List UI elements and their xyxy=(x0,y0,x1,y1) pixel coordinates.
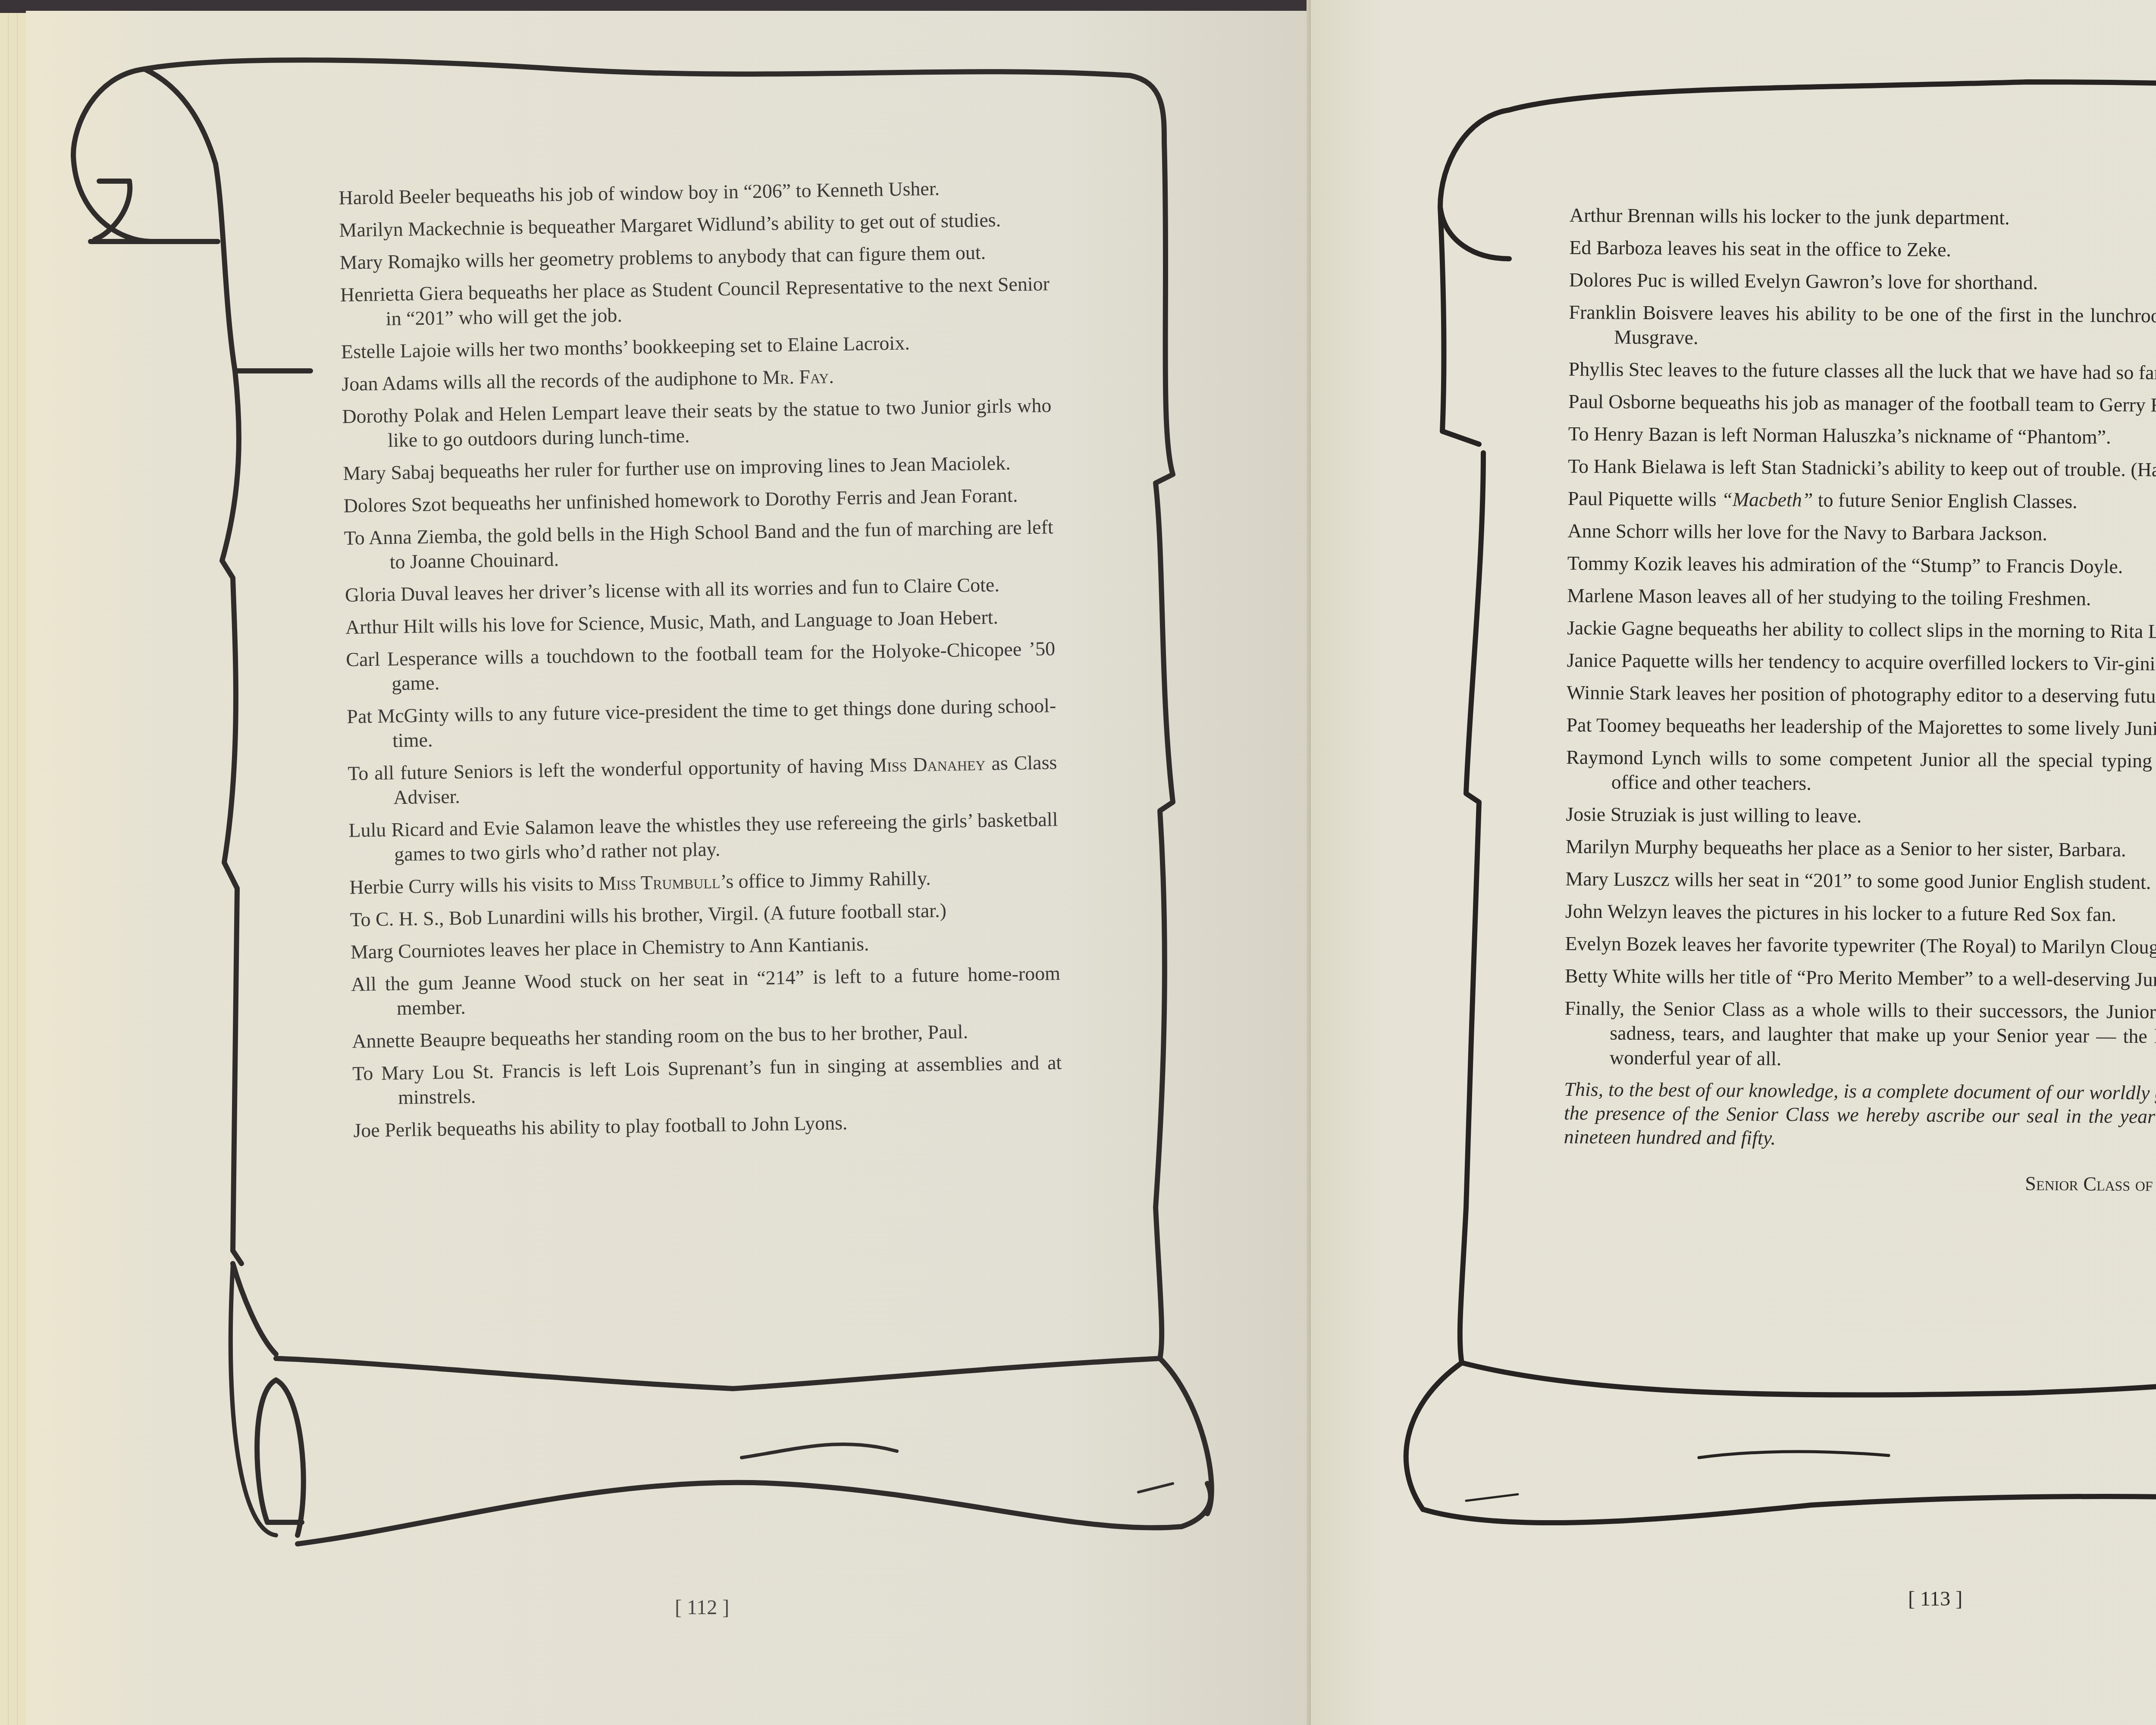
bequest-entry: Annette Beaupre bequeaths her standing r… xyxy=(352,1018,1062,1054)
bequest-text: Janice Paquette wills her tendency to ac… xyxy=(1567,649,2156,675)
bequest-entry: Josie Struziak is just willing to leave. xyxy=(1566,802,2156,831)
bequest-text: Ed Barboza leaves his seat in the office… xyxy=(1569,236,1951,260)
bequest-text: Phyllis Stec leaves to the future classe… xyxy=(1568,358,2156,383)
bequest-text: Arthur Brennan wills his locker to the j… xyxy=(1570,204,2010,229)
bequest-text: Joan Adams wills all the records of the … xyxy=(342,367,758,395)
bequest-text: All the gum Jeanne Wood stuck on her sea… xyxy=(351,962,1061,1019)
bequest-text: Paul Piquette wills xyxy=(1568,487,1717,510)
bequest-text: Pat Toomey bequeaths her leadership of t… xyxy=(1566,714,2156,740)
closing-statement: This, to the best of our knowledge, is a… xyxy=(1564,1077,2156,1153)
bequest-text: To all future Seniors is left the wonder… xyxy=(348,754,864,784)
bequest-text: Mary Luszcz wills her seat in “201” to s… xyxy=(1565,868,2151,893)
bequest-text: Marlene Mason leaves all of her studying… xyxy=(1567,584,2091,609)
bequest-text: Raymond Lynch wills to some competent Ju… xyxy=(1566,746,2156,794)
bequest-text: Anne Schorr wills her love for the Navy … xyxy=(1567,520,2047,545)
page-number-left: [ 112 ] xyxy=(675,1596,729,1619)
bequest-entry: To Hank Bielawa is left Stan Stadnicki’s… xyxy=(1568,454,2156,483)
small-caps-name: Mr. Fay xyxy=(762,365,829,388)
bequest-text: Dorothy Polak and Helen Lempart leave th… xyxy=(342,394,1052,451)
bequest-entry: Marilyn Murphy bequeaths her place as a … xyxy=(1566,834,2156,863)
bequest-entry: Herbie Curry wills his visits to Miss Tr… xyxy=(349,864,1059,900)
bequest-entry: Winnie Stark leaves her position of phot… xyxy=(1567,680,2156,709)
bequest-entry: Finally, the Senior Class as a whole wil… xyxy=(1564,996,2156,1074)
bequest-text: Marilyn Mackechnie is bequeather Margare… xyxy=(339,209,1001,241)
bequest-text: Dolores Szot bequeaths her unfinished ho… xyxy=(343,484,1018,517)
bequest-text: Finally, the Senior Class as a whole wil… xyxy=(1564,997,2156,1069)
bequest-entry: Marlene Mason leaves all of her studying… xyxy=(1567,583,2156,612)
left-page-bequests: Harold Beeler bequeaths his job of windo… xyxy=(338,174,1063,1151)
bequest-entry: All the gum Jeanne Wood stuck on her sea… xyxy=(351,961,1061,1021)
bequest-entry: Marilyn Mackechnie is bequeather Margare… xyxy=(339,207,1049,242)
bequest-entry: Jackie Gagne bequeaths her ability to co… xyxy=(1567,615,2156,644)
bequest-entry: Ed Barboza leaves his seat in the office… xyxy=(1569,235,2156,264)
bequest-entry: To Henry Bazan is left Norman Haluszka’s… xyxy=(1568,421,2156,450)
bequest-entry: Anne Schorr wills her love for the Navy … xyxy=(1567,518,2156,547)
bequest-text-tail: ’s office to Jimmy Rahilly. xyxy=(720,867,931,893)
bequest-entry: Henrietta Giera bequeaths her place as S… xyxy=(340,271,1050,332)
bequest-entry: Betty White wills her title of “Pro Meri… xyxy=(1565,963,2156,992)
bequest-entry: Paul Osborne bequeaths his job as manage… xyxy=(1568,389,2156,418)
bequest-entry: Janice Paquette wills her tendency to ac… xyxy=(1567,648,2156,677)
bequest-entry: Marg Courniotes leaves her place in Chem… xyxy=(350,928,1060,964)
bequest-text: Paul Osborne bequeaths his job as manage… xyxy=(1568,390,2156,416)
bequest-entry: Paul Piquette wills “Macbeth” to future … xyxy=(1568,486,2156,515)
bequest-text: Josie Struziak is just willing to leave. xyxy=(1566,803,1861,827)
bequest-entry: Pat Toomey bequeaths her leadership of t… xyxy=(1566,712,2156,741)
bequest-text: To Hank Bielawa is left Stan Stadnicki’s… xyxy=(1568,455,2156,481)
bequest-entry: Dolores Puc is willed Evelyn Gawron’s lo… xyxy=(1569,267,2156,296)
bequest-entry: Gloria Duval leaves her driver’s license… xyxy=(345,571,1054,607)
bequest-text: To Henry Bazan is left Norman Haluszka’s… xyxy=(1568,423,2111,448)
bequest-text: Estelle Lajoie wills her two months’ boo… xyxy=(341,332,910,363)
bequest-text: To C. H. S., Bob Lunardini wills his bro… xyxy=(350,899,946,931)
bequest-entry: John Welzyn leaves the pictures in his l… xyxy=(1565,899,2156,928)
small-caps-name: Miss Trumbull xyxy=(599,870,721,894)
bequest-entry: Franklin Boisvere leaves his ability to … xyxy=(1569,300,2156,353)
bequest-text: Betty White wills her title of “Pro Meri… xyxy=(1565,965,2156,991)
bequest-text: Franklin Boisvere leaves his ability to … xyxy=(1569,301,2156,348)
bequest-text-tail: to future Senior English Classes. xyxy=(1813,489,2078,512)
small-caps-name: Miss Danahey xyxy=(869,753,986,776)
bequest-text: Marg Courniotes leaves her place in Chem… xyxy=(351,933,869,963)
bequest-entry: Mary Luszcz wills her seat in “201” to s… xyxy=(1565,866,2156,895)
signature: Senior Class of C. H. S. xyxy=(1564,1168,2156,1197)
bequest-entry: Phyllis Stec leaves to the future classe… xyxy=(1568,357,2156,386)
bequest-entry: Pat McGinty wills to any future vice-pre… xyxy=(347,693,1057,753)
bequest-text: Evelyn Bozek leaves her favorite typewri… xyxy=(1565,932,2156,958)
bequest-text: Pat McGinty wills to any future vice-pre… xyxy=(347,694,1056,751)
bequest-entry: Evelyn Bozek leaves her favorite typewri… xyxy=(1565,931,2156,960)
bequest-text: Winnie Stark leaves her position of phot… xyxy=(1567,681,2156,707)
bequest-text-tail: . xyxy=(829,365,834,387)
bequest-entry: Carl Lesperance wills a touchdown to the… xyxy=(346,636,1056,696)
italic-title: “Macbeth” xyxy=(1721,488,1813,511)
bequest-text: Tommy Kozik leaves his admiration of the… xyxy=(1567,552,2123,577)
bequest-text: Mary Romajko wills her geometry problems… xyxy=(339,241,986,273)
bequest-text: Dolores Puc is willed Evelyn Gawron’s lo… xyxy=(1569,269,2038,294)
bequest-entry: To Mary Lou St. Francis is left Lois Sup… xyxy=(352,1050,1062,1110)
bequest-entry: Arthur Hilt wills his love for Science, … xyxy=(345,604,1055,640)
bequest-text: Jackie Gagne bequeaths her ability to co… xyxy=(1567,617,2156,643)
bequest-text: To Anna Ziemba, the gold bells in the Hi… xyxy=(344,516,1053,573)
bequest-entry: To C. H. S., Bob Lunardini wills his bro… xyxy=(350,896,1059,932)
book-spread: Harold Beeler bequeaths his job of windo… xyxy=(0,0,2156,1725)
bequest-text: John Welzyn leaves the pictures in his l… xyxy=(1565,900,2116,925)
right-page-bequests: Arthur Brennan wills his locker to the j… xyxy=(1564,203,2156,1197)
bequest-text: Mary Sabaj bequeaths her ruler for furth… xyxy=(343,452,1011,484)
bequest-entry: Mary Romajko wills her geometry problems… xyxy=(339,239,1049,275)
bequest-text: Marilyn Murphy bequeaths her place as a … xyxy=(1566,835,2126,861)
bequest-entry: Joan Adams wills all the records of the … xyxy=(342,361,1051,396)
bequest-entry: Joe Perlik bequeaths his ability to play… xyxy=(353,1107,1063,1143)
bequest-entry: To Anna Ziemba, the gold bells in the Hi… xyxy=(344,514,1054,575)
bequest-text: Annette Beaupre bequeaths her standing r… xyxy=(352,1020,968,1052)
bequest-entry: Raymond Lynch wills to some competent Ju… xyxy=(1566,745,2156,798)
bequest-text: Arthur Hilt wills his love for Science, … xyxy=(345,606,998,638)
bequest-entry: To all future Seniors is left the wonder… xyxy=(348,750,1058,810)
bequest-text: Herbie Curry wills his visits to xyxy=(349,872,594,898)
bequest-entry: Lulu Ricard and Evie Salamon leave the w… xyxy=(348,807,1059,867)
bequest-text: Gloria Duval leaves her driver’s license… xyxy=(345,574,1000,606)
page-number-right: [ 113 ] xyxy=(1908,1587,1962,1611)
bequest-entry: Arthur Brennan wills his locker to the j… xyxy=(1570,203,2156,232)
bequest-entry: Dorothy Polak and Helen Lempart leave th… xyxy=(342,393,1052,453)
bequest-text: To Mary Lou St. Francis is left Lois Sup… xyxy=(352,1051,1062,1108)
bequest-entry: Tommy Kozik leaves his admiration of the… xyxy=(1567,551,2156,580)
bequest-entry: Estelle Lajoie wills her two months’ boo… xyxy=(341,328,1051,364)
bequest-text: Carl Lesperance wills a touchdown to the… xyxy=(346,637,1056,694)
bequest-text: Henrietta Giera bequeaths her place as S… xyxy=(340,273,1050,329)
bequest-text: Lulu Ricard and Evie Salamon leave the w… xyxy=(348,808,1058,865)
bequest-text: Joe Perlik bequeaths his ability to play… xyxy=(353,1112,848,1142)
bequest-entry: Mary Sabaj bequeaths her ruler for furth… xyxy=(343,450,1053,486)
bequest-entry: Dolores Szot bequeaths her unfinished ho… xyxy=(343,482,1053,518)
